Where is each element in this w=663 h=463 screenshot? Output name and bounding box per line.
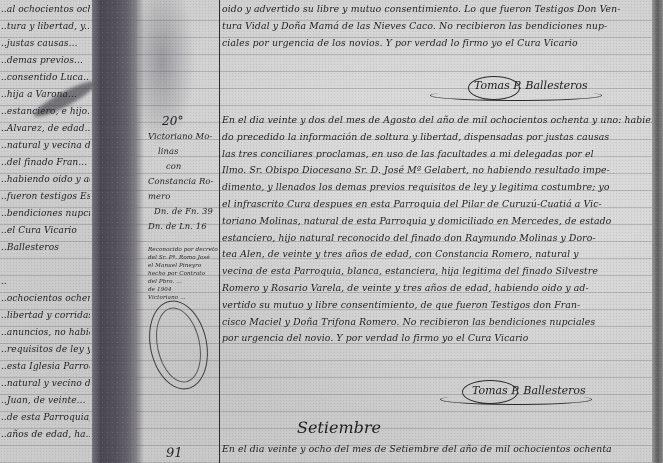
- top-entry-continuation: oido y advertido su libre y mutuo consen…: [222, 2, 650, 52]
- left-fragment: ...Juan, de veinte...: [0, 393, 90, 410]
- page-right-edge: [652, 0, 663, 463]
- margin-entry: 20° Victoriano Mo- linas con Constancia …: [148, 113, 218, 234]
- left-fragment: ...del finado Fran...: [0, 155, 90, 172]
- margin-line: mero: [148, 189, 218, 204]
- left-fragment: ...Alvarez, de edad...: [0, 121, 90, 138]
- left-fragment: ...natural y vecino de...: [0, 376, 90, 393]
- left-fragment: ...tura y libertad, y...: [0, 19, 90, 36]
- book-binding-gutter: [92, 0, 136, 463]
- annotation-line: de 1904: [148, 286, 218, 294]
- left-fragment: ...esta Iglesia Parroquial...: [0, 359, 90, 376]
- next-entry: En el dia veinte y ocho del mes de Setie…: [222, 442, 650, 459]
- page-number: 91: [166, 446, 183, 461]
- left-fragment: ...al ochocientos ochent...: [0, 2, 90, 19]
- left-fragment: ...anuncios, no habiendo...: [0, 325, 90, 342]
- annotation-line: del Sr. Pº. Romo José: [148, 254, 218, 262]
- text-line: vertido su mutuo y libre consentimiento,…: [222, 298, 650, 315]
- text-line: cisco Maciel y Doña Trifona Romero. No r…: [222, 315, 650, 332]
- margin-line: Dn. de Fn. 39: [148, 204, 218, 219]
- text-line: Ilmo. Sr. Obispo Diocesano Sr. D. José M…: [222, 163, 650, 180]
- text-line: vecina de esta Parroquia, blanca, estanc…: [222, 264, 650, 281]
- left-fragment: ...justas causas...: [0, 36, 90, 53]
- text-line: ciales por urgencia de los novios. Y por…: [222, 36, 650, 53]
- left-fragment: ...bendiciones nupciales...: [0, 206, 90, 223]
- text-line: por urgencia del novio. Y por verdad lo …: [222, 331, 650, 348]
- margin-line: Constancia Ro-: [148, 174, 218, 189]
- text-line: dimento, y llenados los demas previos re…: [222, 180, 650, 197]
- entry-number: 20°: [148, 113, 218, 129]
- month-heading: Setiembre: [297, 418, 381, 437]
- margin-rule: [219, 0, 220, 463]
- left-fragment: [0, 257, 90, 274]
- text-line: oido y advertido su libre y mutuo consen…: [222, 2, 650, 19]
- margin-line: Victoriano Mo-: [148, 129, 218, 144]
- left-fragment: ...Ballesteros: [0, 240, 90, 257]
- document-page: ...al ochocientos ochent... ...tura y li…: [0, 0, 663, 463]
- text-line: tea Alen, de veinte y tres años de edad,…: [222, 247, 650, 264]
- text-line: estanciero, hijo natural reconocido del …: [222, 231, 650, 248]
- text-line: las tres conciliares proclamas, en uso d…: [222, 147, 650, 164]
- annotation-line: el Manuel Pineyro: [148, 262, 218, 270]
- text-line: toriano Molinas, natural de esta Parroqu…: [222, 214, 650, 231]
- margin-line: linas: [148, 144, 218, 159]
- margin-line: con: [148, 159, 218, 174]
- left-fragment: ...requisitos de ley y...: [0, 342, 90, 359]
- annotation-line: del Pbro. ...: [148, 278, 218, 286]
- left-fragment: ...el Cura Vicario: [0, 223, 90, 240]
- main-marriage-entry: En el dia veinte y dos del mes de Agosto…: [222, 113, 650, 348]
- left-fragment: ...años de edad, ha...: [0, 427, 90, 444]
- left-fragment: ...fueron testigos Esteban...: [0, 189, 90, 206]
- annotation-line: Victoriano ...: [148, 294, 218, 302]
- text-line: do precedido la información de soltura y…: [222, 130, 650, 147]
- text-line: el infrascrito Cura despues en esta Parr…: [222, 197, 650, 214]
- left-fragment: ...libertad y corridas las...: [0, 308, 90, 325]
- left-fragment: ...de esta Parroquia, de...: [0, 410, 90, 427]
- priest-signature: Tomas P. Ballesteros: [474, 79, 588, 92]
- annotation-line: Reconocido por decreto: [148, 246, 218, 254]
- left-fragment: ...demas previos...: [0, 53, 90, 70]
- left-fragment: ...ochocientos ochenta y...: [0, 291, 90, 308]
- text-line: En el dia veinte y dos del mes de Agosto…: [222, 113, 650, 130]
- text-line: Romero y Rosario Varela, de veinte y tre…: [222, 281, 650, 298]
- annotation-line: hecho por Contrato: [148, 270, 218, 278]
- left-fragment: ...: [0, 274, 90, 291]
- left-fragment: ...natural y vecina de...: [0, 138, 90, 155]
- text-line: En el dia veinte y ocho del mes de Setie…: [222, 442, 650, 459]
- text-line: tura Vidal y Doña Mamá de las Nieves Cac…: [222, 19, 650, 36]
- priest-signature: Tomas P. Ballesteros: [472, 384, 586, 397]
- left-fragment: ...habiendo oido y ad...: [0, 172, 90, 189]
- margin-line: Dn. de Ln. 16: [148, 219, 218, 234]
- margin-annotation: Reconocido por decreto del Sr. Pº. Romo …: [148, 246, 218, 302]
- left-page-fragments: ...al ochocientos ochent... ...tura y li…: [0, 2, 90, 444]
